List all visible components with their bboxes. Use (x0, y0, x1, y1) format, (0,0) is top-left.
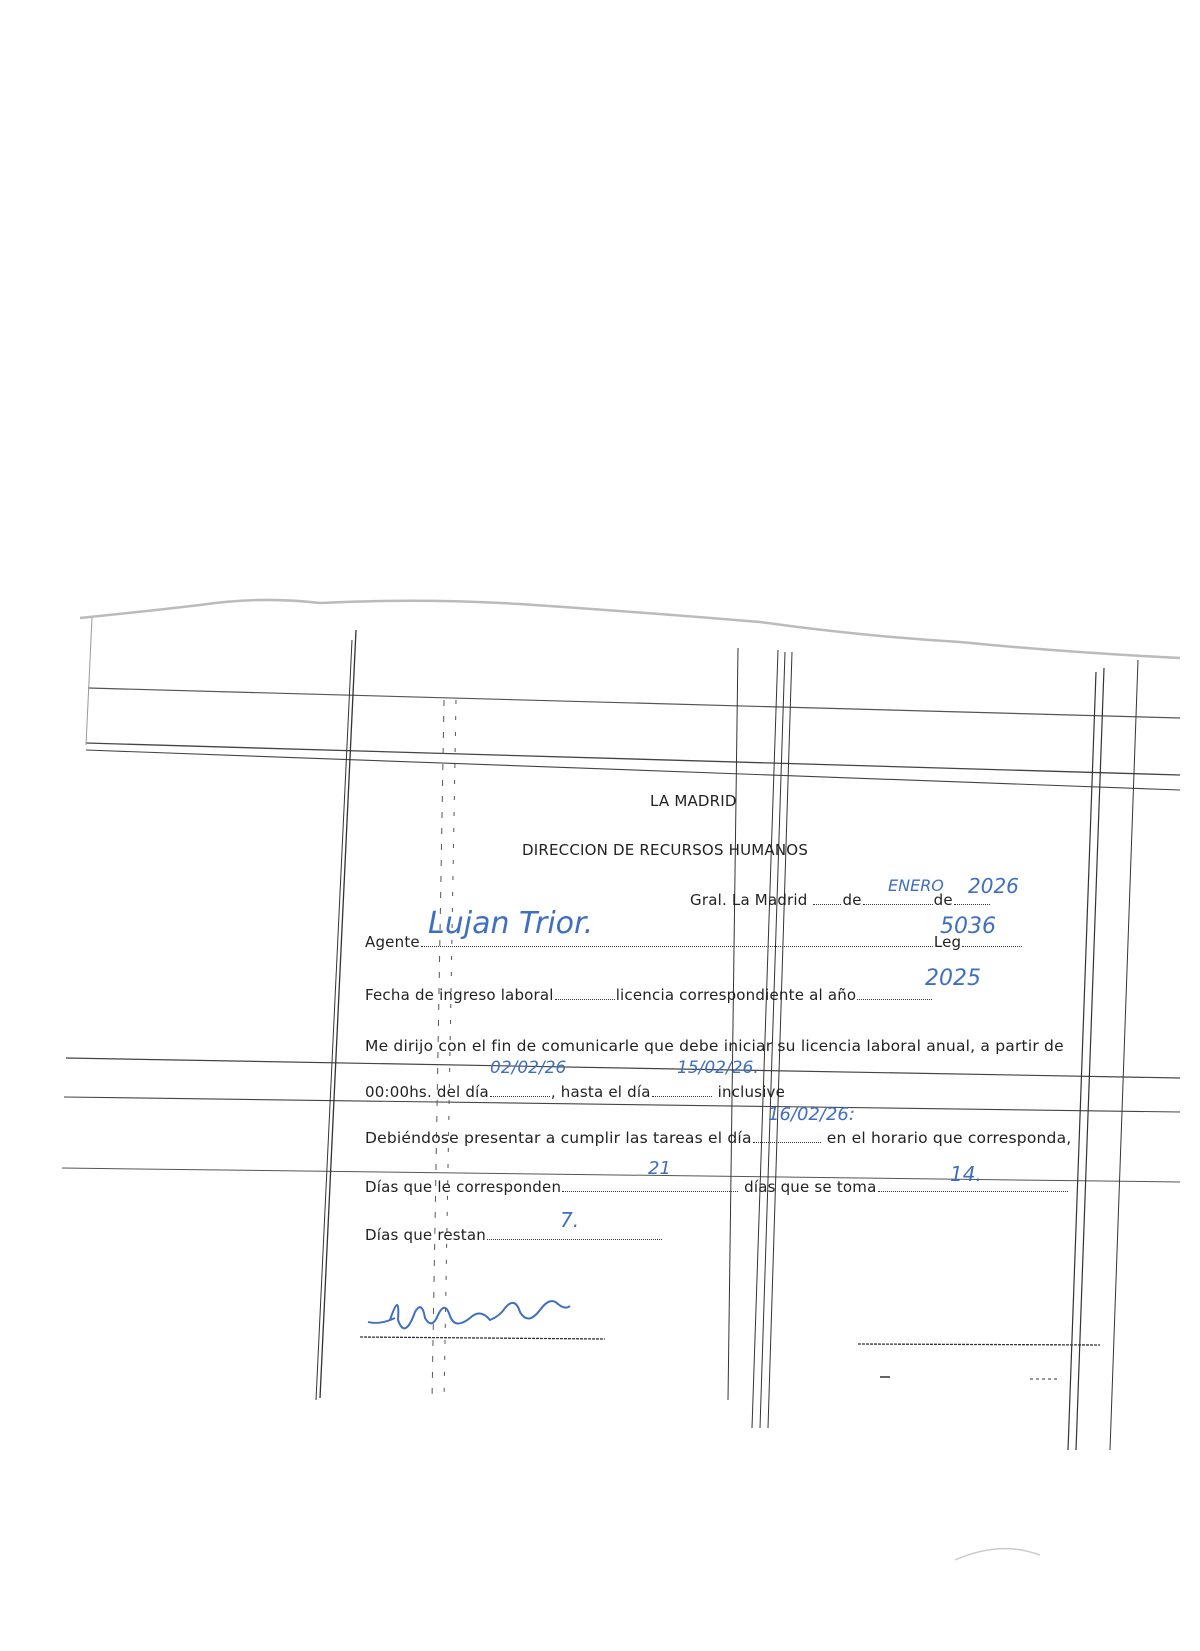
days-restan-line: Días que restan (365, 1226, 663, 1244)
licencia-label: licencia correspondiente al año (616, 986, 857, 1004)
body-line-3: Debiéndose presentar a cumplir las tarea… (365, 1129, 1071, 1147)
inclusive-label: inclusive (718, 1083, 785, 1101)
handwritten-licencia-year[interactable]: 2025 (925, 966, 981, 991)
handwritten-end-date[interactable]: 15/02/26. (677, 1058, 759, 1078)
handwritten-return-date[interactable]: 16/02/26: (768, 1104, 855, 1125)
place-date-line: Gral. La Madrid dede (690, 891, 991, 909)
scanned-document-page: LA MADRID DIRECCION DE RECURSOS HUMANOS … (0, 0, 1200, 1651)
restan-label: Días que restan (365, 1226, 486, 1244)
corresponden-label: Días que le corresponden (365, 1178, 561, 1196)
header-department: DIRECCION DE RECURSOS HUMANOS (522, 841, 808, 859)
handwritten-days-toma[interactable]: 14. (950, 1162, 982, 1186)
handwritten-start-date[interactable]: 02/02/26 (490, 1058, 566, 1078)
place-label: Gral. La Madrid (690, 891, 808, 909)
scan-ruled-lines (0, 0, 1200, 1651)
handwritten-days-corresponden[interactable]: 21 (648, 1158, 671, 1179)
handwritten-month[interactable]: ENERO (888, 876, 944, 895)
ingreso-label: Fecha de ingreso laboral (365, 986, 554, 1004)
agent-label: Agente (365, 933, 420, 951)
signature-area (365, 1290, 595, 1340)
handwritten-days-restan[interactable]: 7. (560, 1208, 579, 1232)
ingreso-line: Fecha de ingreso laborallicencia corresp… (365, 986, 933, 1004)
second-signature-area (858, 1300, 1098, 1350)
handwritten-leg[interactable]: 5036 (940, 914, 996, 939)
handwritten-agent-name[interactable]: Lujan Trior. (428, 906, 593, 941)
body-line-1: Me dirijo con el fin de comunicarle que … (365, 1037, 1064, 1055)
handwritten-year[interactable]: 2026 (968, 874, 1019, 898)
body-line-2: 00:00hs. del día, hasta el día inclusive (365, 1083, 785, 1101)
header-city: LA MADRID (650, 792, 737, 810)
toma-label: días que se toma (744, 1178, 876, 1196)
